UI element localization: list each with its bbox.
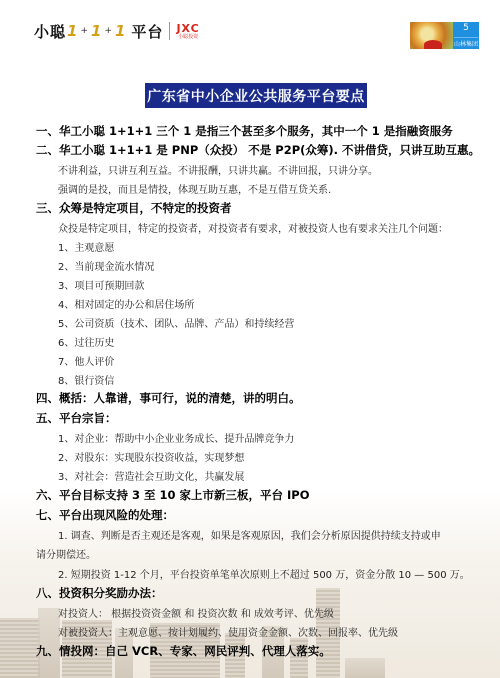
- jxc-brand-text: JXC: [176, 23, 199, 34]
- section-4-heading: 四、概括：人靠谱，事可行，说的清楚，讲的明白。: [36, 390, 301, 406]
- section-2-line: 不讲利益，只讲互利互益。不讲报酬，只讲共赢。不讲回报，只讲分享。: [58, 162, 378, 177]
- section-1-heading: 一、华工小聪 1+1+1 三个 1 是指三个甚至多个服务，其中一个 1 是指融资…: [36, 123, 453, 139]
- section-7-item-1: 1. 调查、判断是否主观还是客观，如果是客观原因，我们会分析原因提供持续支持或申: [58, 527, 441, 542]
- list-item: 4、相对固定的办公和居住场所: [58, 296, 194, 311]
- section-2-line: 强调的是投，而且是情投，体现互助互惠，不是互借互贷关系.: [58, 181, 331, 196]
- title-banner: 广东省中小企业公共服务平台要点: [145, 83, 367, 108]
- page-number: 5: [453, 23, 479, 33]
- section-7-item-1-continued: 请分期偿还。: [36, 546, 96, 561]
- list-item: 3、项目可预期回款: [58, 277, 144, 292]
- logo-num: 1: [67, 22, 77, 40]
- page-title: 广东省中小企业公共服务平台要点: [147, 86, 365, 106]
- list-item: 7、他人评价: [58, 353, 114, 368]
- list-item: 1、对企业：帮助中小企业业务成长、提升品牌竞争力: [58, 430, 294, 445]
- logo-num: 1: [115, 22, 125, 40]
- section-3-intro: 众投是特定项目，特定的投资者，对投资者有要求，对被投资人也有要求关注几个问题：: [58, 220, 448, 235]
- thumbnail-decoration: [424, 40, 442, 49]
- section-2-heading: 二、华工小聪 1+1+1 是 PNP（众投） 不是 P2P(众筹). 不讲借贷，…: [36, 142, 480, 158]
- page-number-badge: 5 山林集团: [453, 22, 479, 49]
- logo-num: 1: [91, 22, 101, 40]
- badge-subtitle: 山林集团: [454, 37, 478, 48]
- logo-text-right: 平台: [131, 21, 163, 42]
- logo-text-left: 小聪: [34, 21, 66, 42]
- section-9-heading: 九、情投网：自己 VCR、专家、网民评判、代理人落实。: [36, 643, 331, 659]
- section-8-heading: 八、投资积分奖励办法：: [36, 585, 163, 601]
- page-header: 小聪 1 + 1 + 1 平台 JXC 小聪投资 5 山林集团: [0, 0, 500, 70]
- list-item: 1、主观意愿: [58, 239, 114, 254]
- jxc-brand-subtext: 小聪投资: [178, 35, 198, 40]
- logo-plus: +: [104, 26, 112, 36]
- list-item: 对被投资人：主观意愿、按计划履约、使用资金金额、次数、回报率、优先级: [58, 624, 398, 639]
- section-6-heading: 六、平台目标支持 3 至 10 家上市新三板，平台 IPO: [36, 487, 310, 503]
- platform-logo: 小聪 1 + 1 + 1 平台 JXC 小聪投资: [34, 20, 200, 42]
- logo-plus: +: [80, 26, 88, 36]
- list-item: 8、银行资信: [58, 372, 114, 387]
- logo-divider: [169, 22, 170, 40]
- list-item: 2、当前现金流水情况: [58, 258, 154, 273]
- list-item: 2、对股东：实现股东投资收益，实现梦想: [58, 449, 244, 464]
- jxc-brand-logo: JXC 小聪投资: [176, 23, 199, 40]
- section-7-item-2: 2. 短期投资 1-12 个月，平台投资单笔单次原则上不超过 500 万，资金分…: [58, 566, 470, 581]
- header-thumbnail-image: [410, 22, 453, 49]
- list-item: 对投资人： 根据投资资金额 和 投资次数 和 成效考评、优先级: [58, 605, 334, 620]
- list-item: 6、过往历史: [58, 334, 114, 349]
- section-5-heading: 五、平台宗旨：: [36, 410, 117, 426]
- list-item: 3、对社会：营造社会互助文化，共赢发展: [58, 468, 244, 483]
- section-3-heading: 三、众筹是特定项目，不特定的投资者: [36, 200, 232, 216]
- list-item: 5、公司资质（技术、团队、品牌、产品）和持续经营: [58, 315, 294, 330]
- section-7-heading: 七、平台出现风险的处理：: [36, 507, 174, 523]
